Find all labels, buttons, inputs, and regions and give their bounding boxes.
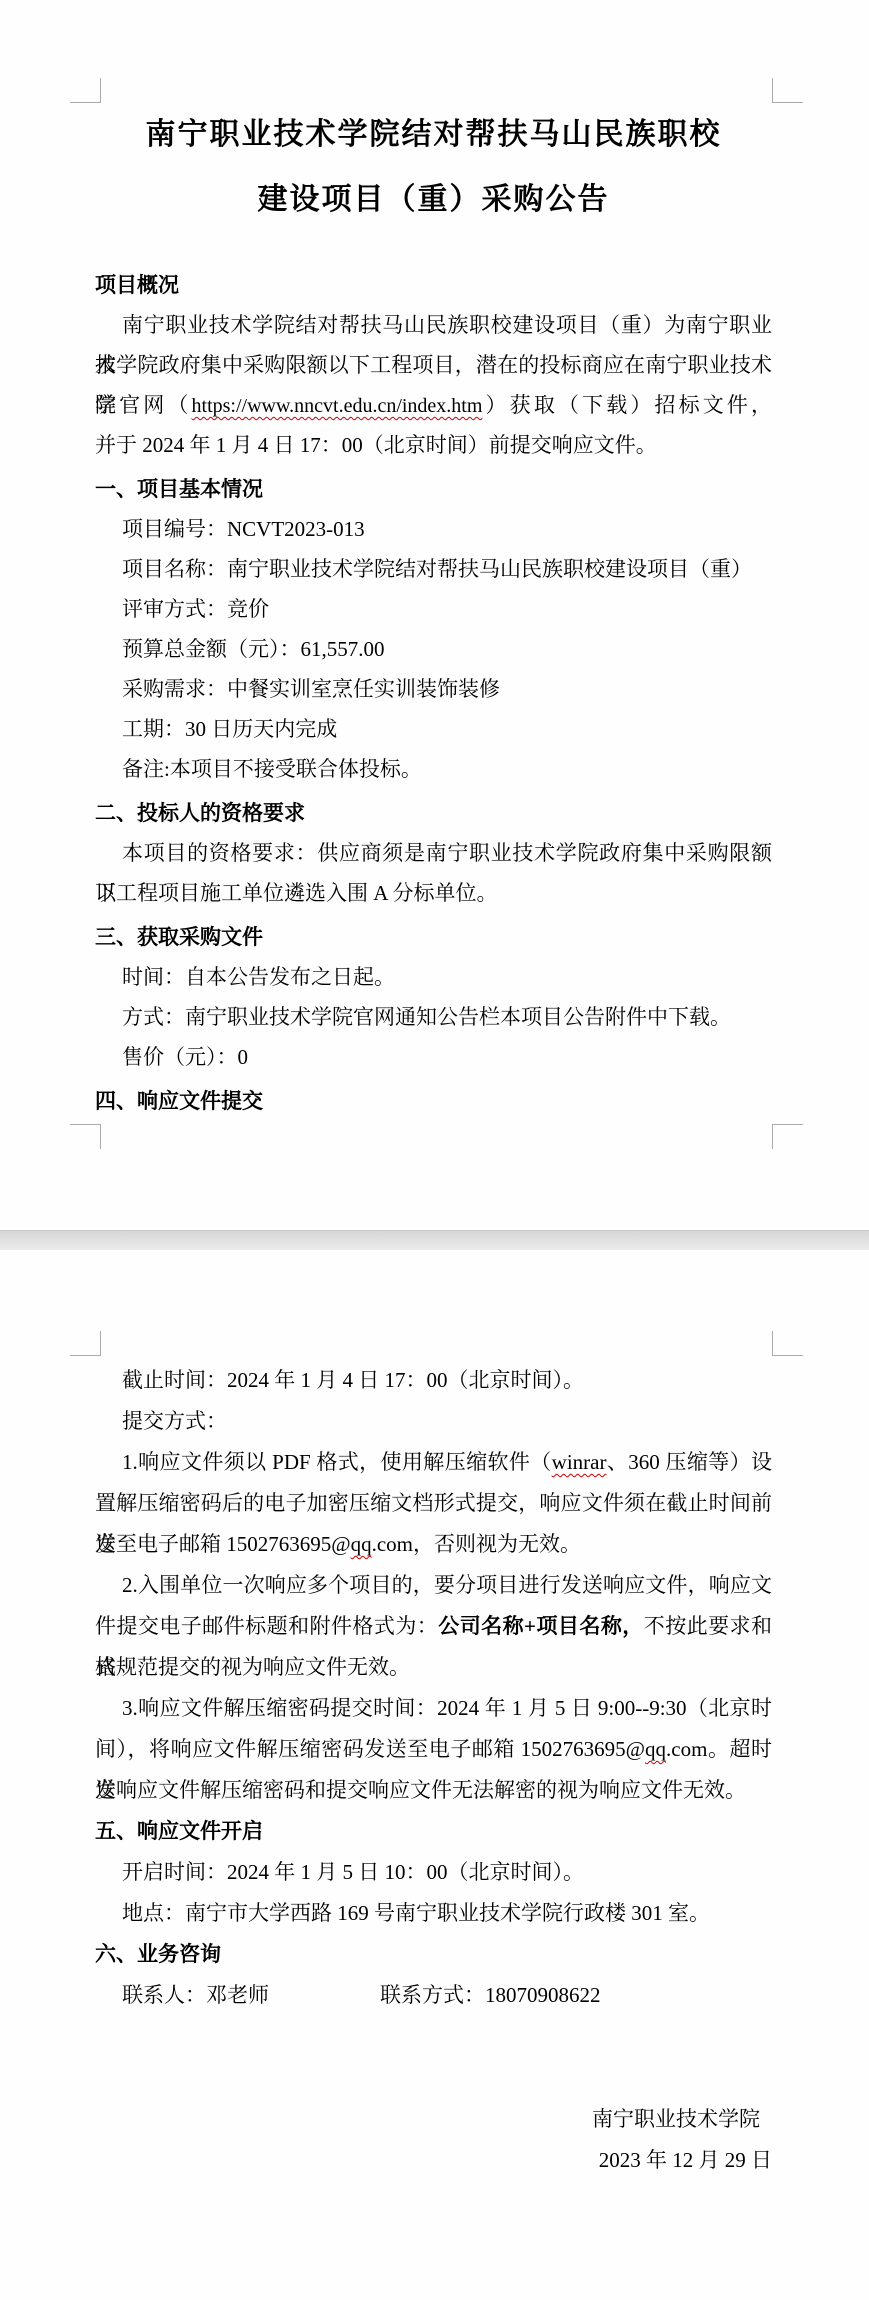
- doc-text: 五、响应文件开启: [95, 1819, 263, 1843]
- doc-text: 三、获取采购文件: [95, 925, 263, 949]
- doc-text: 建设项目（重）采购公告: [258, 183, 610, 216]
- doc-text: 并于 2024 年 1 月 4 日 17：00（北京时间）前提交响应文件。: [95, 433, 657, 457]
- contact-line: 联系人：邓老师联系方式：18070908622: [95, 1975, 772, 2016]
- field-submit-method: 提交方式：: [95, 1401, 772, 1442]
- paragraph-line: 送至电子邮箱 1502763695@qq.com，否则视为无效。: [95, 1524, 772, 1565]
- doc-text: ）获取（下载）招标文件，: [482, 393, 772, 417]
- field-obtain-method: 方式：南宁职业技术学院官网通知公告栏本项目公告附件中下载。: [95, 997, 772, 1037]
- paragraph-line: 送响应文件解压缩密码和提交响应文件无法解密的视为响应文件无效。: [95, 1770, 772, 1811]
- section-heading-2: 二、投标人的资格要求: [95, 793, 772, 833]
- paragraph-line: 南宁职业技术学院结对帮扶马山民族职校建设项目（重）为南宁职业技: [95, 305, 772, 345]
- page-1: 南宁职业技术学院结对帮扶马山民族职校建设项目（重）采购公告项目概况南宁职业技术学…: [0, 0, 869, 1230]
- doc-text: 售价（元）：0: [122, 1045, 248, 1069]
- section-heading-overview: 项目概况: [95, 265, 772, 305]
- doc-text: 联系人：邓老师: [122, 1983, 269, 2007]
- doc-title-line-1: 南宁职业技术学院结对帮扶马山民族职校: [95, 102, 772, 167]
- doc-text: 送至电子邮箱 1502763695@: [95, 1532, 351, 1556]
- paragraph-line: 并于 2024 年 1 月 4 日 17：00（北京时间）前提交响应文件。: [95, 425, 772, 465]
- section-heading-1: 一、项目基本情况: [95, 469, 772, 509]
- doc-text: 联系方式：18070908622: [380, 1975, 601, 2016]
- doc-text: 2023 年 12 月 29 日: [599, 2148, 772, 2172]
- field-procurement-demand: 采购需求：中餐实训室烹任实训装饰装修: [95, 669, 772, 709]
- doc-text: 院官网（: [95, 393, 192, 417]
- doc-text: 评审方式：竞价: [122, 597, 269, 621]
- document-viewer: { "document": { "title_line1": "南宁职业技术学院…: [0, 0, 869, 2300]
- field-deadline: 截止时间：2024 年 1 月 4 日 17：00（北京时间）。: [95, 1360, 772, 1401]
- field-budget: 预算总金额（元）：61,557.00: [95, 629, 772, 669]
- spellcheck-flagged-text: qq: [645, 1737, 666, 1761]
- doc-text: 一、项目基本情况: [95, 477, 263, 501]
- paragraph-line: 术学院政府集中采购限额以下工程项目，潜在的投标商应在南宁职业技术学: [95, 345, 772, 385]
- field-project-number: 项目编号：NCVT2023-013: [95, 509, 772, 549]
- page-2-content: 截止时间：2024 年 1 月 4 日 17：00（北京时间）。提交方式：1.响…: [95, 1250, 772, 2181]
- section-heading-3: 三、获取采购文件: [95, 917, 772, 957]
- doc-text: .com，否则视为无效。: [372, 1532, 581, 1556]
- paragraph-line: 3.响应文件解压缩密码提交时间：2024 年 1 月 5 日 9:00--9:3…: [95, 1688, 772, 1729]
- doc-text: 1.响应文件须以 PDF 格式，使用解压缩软件（: [122, 1450, 552, 1474]
- paragraph-line: 置解压缩密码后的电子加密压缩文档形式提交，响应文件须在截止时间前发: [95, 1483, 772, 1524]
- doc-text: 截止时间：2024 年 1 月 4 日 17：00（北京时间）。: [122, 1368, 584, 1392]
- spellcheck-flagged-text: https://www.nncvt.edu.cn/index.htm: [192, 395, 483, 417]
- doc-text: 备注:本项目不接受联合体投标。: [122, 757, 422, 781]
- paragraph-line: 2.入围单位一次响应多个项目的，要分项目进行发送响应文件，响应文: [95, 1565, 772, 1606]
- doc-text: 2.入围单位一次响应多个项目的，要分项目进行发送响应文件，响应文: [122, 1573, 772, 1597]
- margin-crop-mark: [772, 78, 803, 103]
- field-open-time: 开启时间：2024 年 1 月 5 日 10：00（北京时间）。: [95, 1852, 772, 1893]
- signature-date: 2023 年 12 月 29 日: [95, 2140, 772, 2181]
- doc-text: 项目概况: [95, 273, 179, 297]
- field-remark: 备注:本项目不接受联合体投标。: [95, 749, 772, 789]
- paragraph-line: 1.响应文件须以 PDF 格式，使用解压缩软件（winrar、360 压缩等）设: [95, 1442, 772, 1483]
- doc-text: 送响应文件解压缩密码和提交响应文件无法解密的视为响应文件无效。: [95, 1778, 746, 1802]
- section-heading-5: 五、响应文件开启: [95, 1811, 772, 1852]
- doc-text: 南宁职业技术学院结对帮扶马山民族职校: [146, 118, 722, 151]
- page-2: 截止时间：2024 年 1 月 4 日 17：00（北京时间）。提交方式：1.响…: [0, 1250, 869, 2300]
- spellcheck-flagged-text: winrar: [552, 1450, 607, 1474]
- margin-crop-mark: [70, 1124, 101, 1149]
- doc-text: 工期：30 日历天内完成: [122, 717, 337, 741]
- paragraph-line: 院官网（https://www.nncvt.edu.cn/index.htm）获…: [95, 385, 772, 425]
- field-duration: 工期：30 日历天内完成: [95, 709, 772, 749]
- page-1-content: 南宁职业技术学院结对帮扶马山民族职校建设项目（重）采购公告项目概况南宁职业技术学…: [95, 0, 772, 1121]
- signature-org: 南宁职业技术学院: [95, 2099, 772, 2140]
- doc-text: 3.响应文件解压缩密码提交时间：2024 年 1 月 5 日 9:00--9:3…: [122, 1696, 772, 1720]
- field-obtain-time: 时间：自本公告发布之日起。: [95, 957, 772, 997]
- doc-text: 公司名称+项目名称，: [438, 1614, 644, 1638]
- doc-text: 方式：南宁职业技术学院官网通知公告栏本项目公告附件中下载。: [122, 1005, 731, 1029]
- doc-text: 、360 压缩等）设: [606, 1450, 772, 1474]
- doc-text: 四、响应文件提交: [95, 1089, 263, 1113]
- doc-text: 项目名称：南宁职业技术学院结对帮扶马山民族职校建设项目（重）: [122, 557, 752, 581]
- section-heading-6: 六、业务咨询: [95, 1934, 772, 1975]
- paragraph-line: 件提交电子邮件标题和附件格式为：公司名称+项目名称，不按此要求和格: [95, 1606, 772, 1647]
- margin-crop-mark: [772, 1331, 803, 1356]
- doc-text: 采购需求：中餐实训室烹任实训装饰装修: [122, 677, 500, 701]
- doc-text: 项目编号：NCVT2023-013: [122, 517, 365, 541]
- doc-text: 提交方式：: [122, 1409, 227, 1433]
- paragraph-line: 间），将响应文件解压缩密码发送至电子邮箱 1502763695@qq.com。超…: [95, 1729, 772, 1770]
- doc-text: 二、投标人的资格要求: [95, 801, 305, 825]
- page-separator: [0, 1230, 869, 1250]
- spellcheck-flagged-text: qq: [351, 1532, 372, 1556]
- paragraph-line: 本项目的资格要求：供应商须是南宁职业技术学院政府集中采购限额以: [95, 833, 772, 873]
- doc-text: 式规范提交的视为响应文件无效。: [95, 1655, 410, 1679]
- doc-text: 间），将响应文件解压缩密码发送至电子邮箱 1502763695@: [95, 1737, 645, 1761]
- paragraph-line: 下工程项目施工单位遴选入围 A 分标单位。: [95, 873, 772, 913]
- doc-text: 地点：南宁市大学西路 169 号南宁职业技术学院行政楼 301 室。: [122, 1901, 710, 1925]
- margin-crop-mark: [772, 1124, 803, 1149]
- field-review-method: 评审方式：竞价: [95, 589, 772, 629]
- doc-text: 六、业务咨询: [95, 1942, 221, 1966]
- doc-text: 预算总金额（元）：61,557.00: [122, 637, 385, 661]
- field-price: 售价（元）：0: [95, 1037, 772, 1077]
- paragraph-line: 式规范提交的视为响应文件无效。: [95, 1647, 772, 1688]
- doc-title-line-2: 建设项目（重）采购公告: [95, 167, 772, 232]
- doc-text: 开启时间：2024 年 1 月 5 日 10：00（北京时间）。: [122, 1860, 584, 1884]
- doc-text: 件提交电子邮件标题和附件格式为：: [95, 1614, 438, 1638]
- doc-text: 时间：自本公告发布之日起。: [122, 965, 395, 989]
- doc-text: 南宁职业技术学院: [592, 2107, 760, 2131]
- field-open-location: 地点：南宁市大学西路 169 号南宁职业技术学院行政楼 301 室。: [95, 1893, 772, 1934]
- doc-text: 下工程项目施工单位遴选入围 A 分标单位。: [95, 881, 498, 905]
- field-project-name: 项目名称：南宁职业技术学院结对帮扶马山民族职校建设项目（重）: [95, 549, 772, 589]
- section-heading-4: 四、响应文件提交: [95, 1081, 772, 1121]
